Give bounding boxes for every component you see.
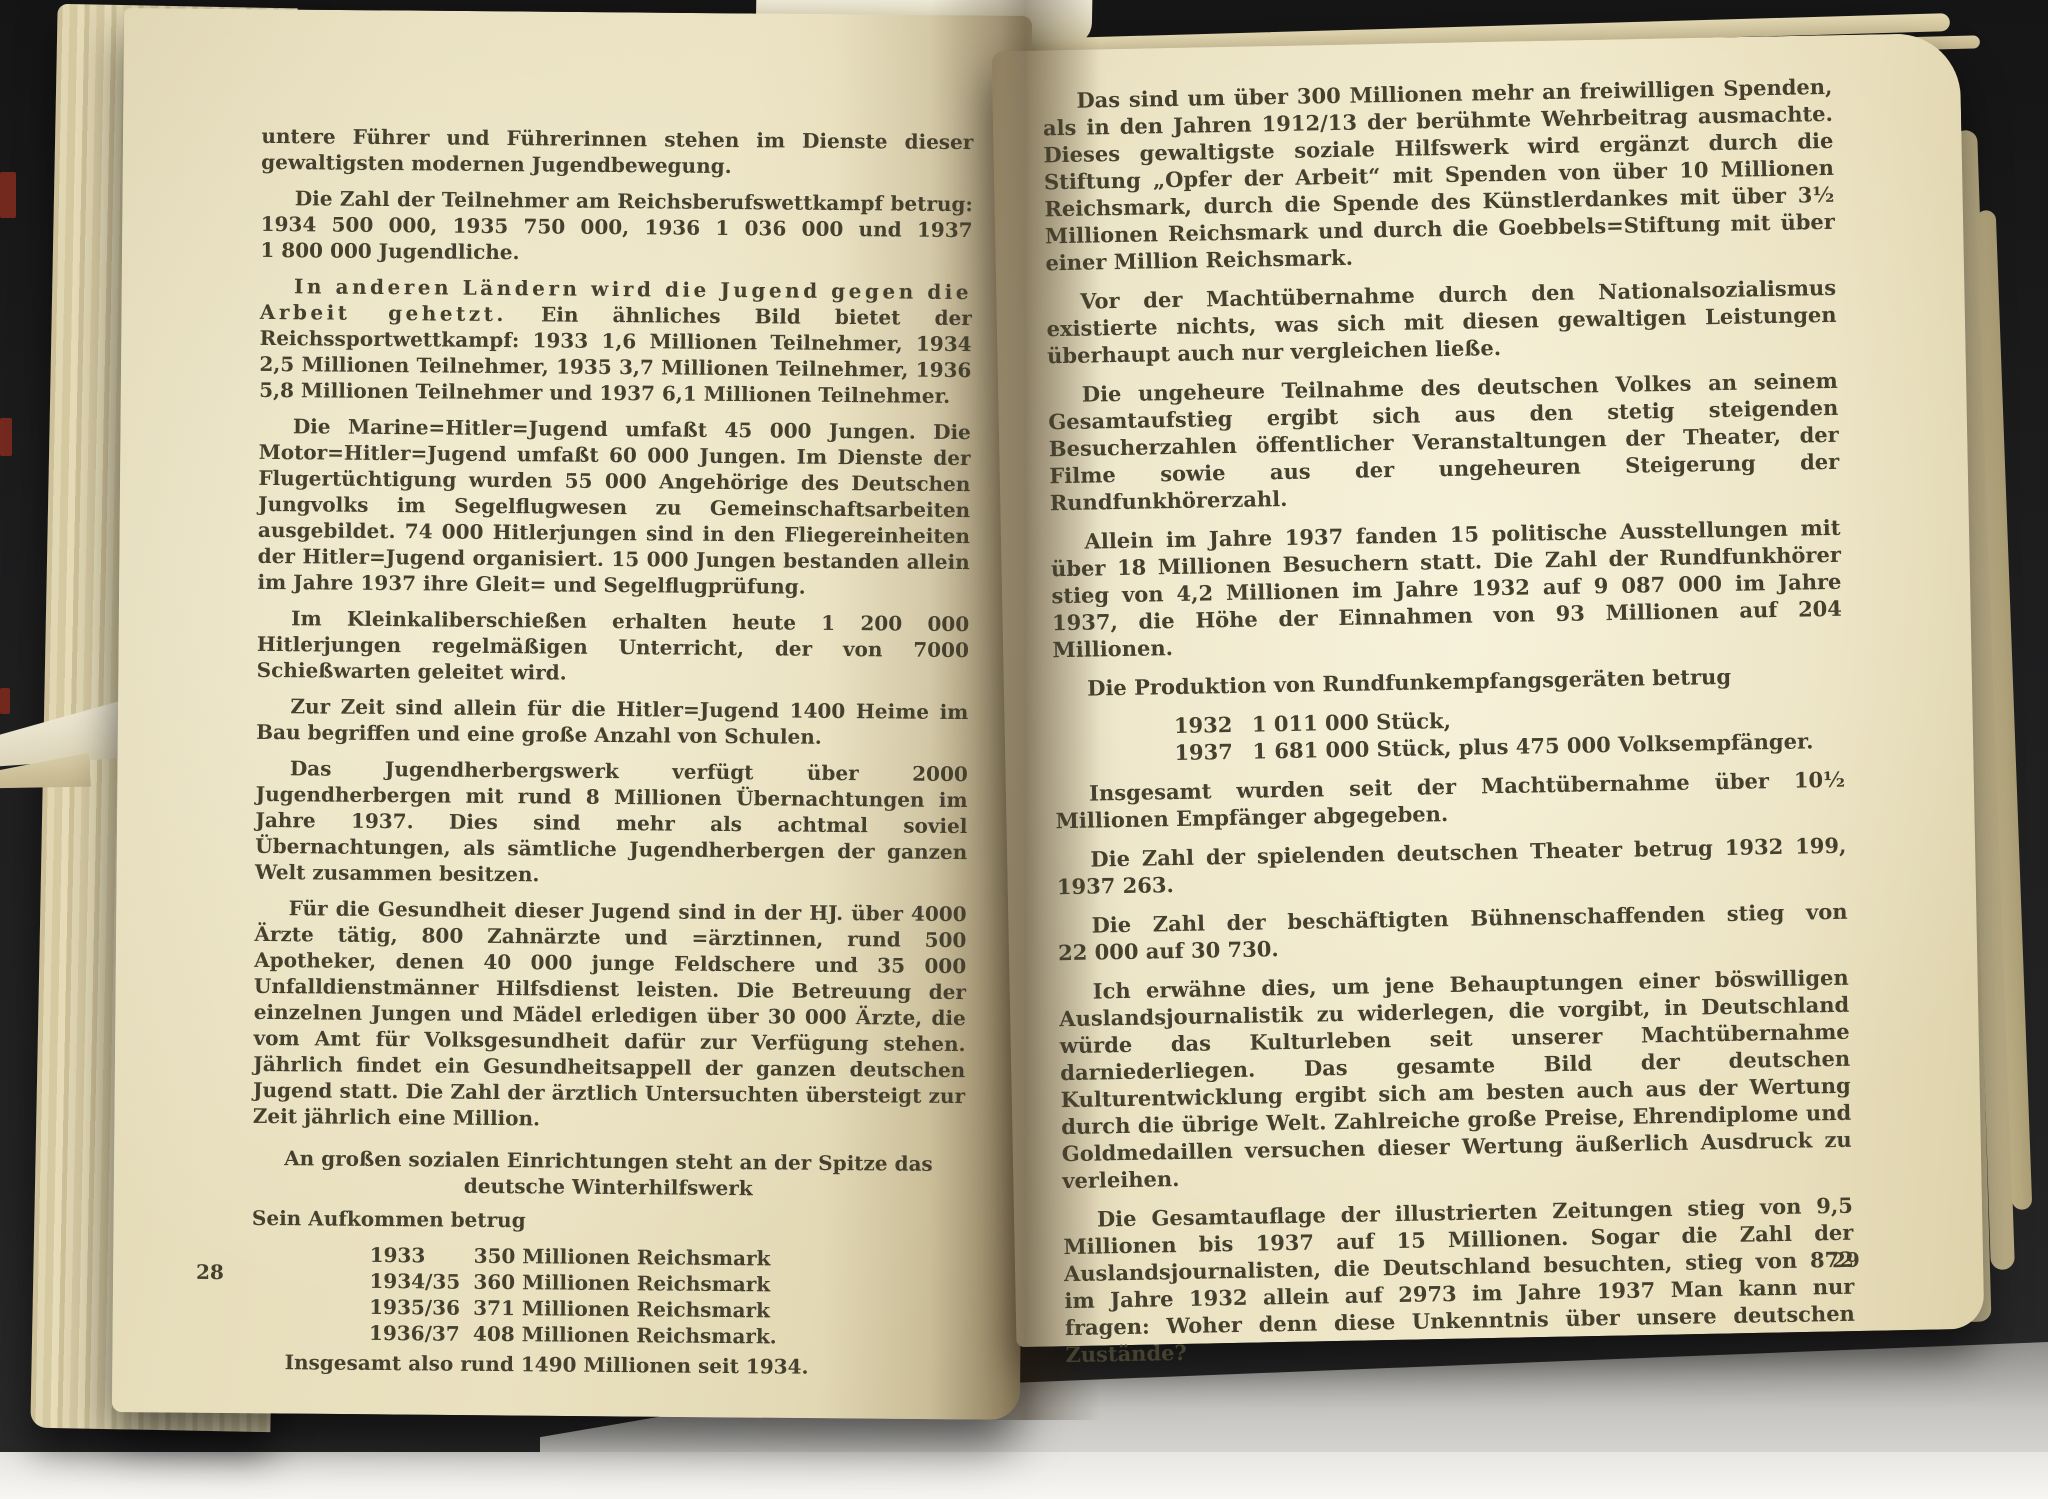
paragraph: Zur Zeit sind allein für die Hitler=Juge… xyxy=(256,693,968,751)
production-table: 1932 1 011 000 Stück, 1937 1 681 000 Stü… xyxy=(1174,700,1845,766)
table-row: 1936/37 408 Millionen Reichsmark. xyxy=(369,1320,963,1351)
page-number-left: 28 xyxy=(196,1260,224,1284)
red-edge-mark xyxy=(0,418,12,456)
red-edge-mark xyxy=(0,172,16,218)
table-year-cell: 1935/36 xyxy=(369,1294,473,1321)
page-number-right: 29 xyxy=(1832,1248,1860,1273)
production-intro: Die Produktion von Rundfunkempfangsgerät… xyxy=(1053,661,1843,702)
paragraph: Das Jugendherbergswerk verfügt über 2000… xyxy=(255,755,968,891)
table-amount-cell: 1 011 000 Stück, xyxy=(1252,707,1451,738)
paragraph: Ich erwähne dies, um jene Behauptungen e… xyxy=(1059,964,1853,1194)
paragraph: Die Marine=Hitler=Jugend umfaßt 45 000 J… xyxy=(257,413,971,601)
paragraph: Die ungeheure Teilnahme des deutschen Vo… xyxy=(1048,367,1840,516)
table-amount-cell: 408 Millionen Reichsmark. xyxy=(473,1321,963,1351)
book-photo: untere Führer und Führerinnen stehen im … xyxy=(0,0,2048,1499)
paragraph: Insgesamt wurden seit der Machtübernahme… xyxy=(1055,766,1846,834)
left-page-text: untere Führer und Führerinnen stehen im … xyxy=(251,123,974,1391)
table-year-cell: 1937 xyxy=(1174,738,1252,766)
table-year-cell: 1936/37 xyxy=(369,1320,473,1347)
paragraph: Vor der Machtübernahme durch den Nationa… xyxy=(1046,274,1837,369)
paragraph: untere Führer und Führerinnen stehen im … xyxy=(261,123,973,181)
paragraph: Für die Gesundheit dieser Jugend sind in… xyxy=(253,895,967,1135)
red-edge-mark xyxy=(0,688,10,714)
paragraph: In anderen Ländern wird die Jugend gegen… xyxy=(259,273,972,409)
paragraph: Die Gesamtauflage der illustrierten Zeit… xyxy=(1063,1192,1856,1368)
aufkommen-intro: Sein Aufkommen betrug xyxy=(252,1205,964,1237)
paragraph: Die Zahl der Teilnehmer am Reichsberufsw… xyxy=(260,185,973,269)
paragraph: Allein im Jahre 1937 fanden 15 politisch… xyxy=(1050,514,1842,663)
table-year-cell: 1932 xyxy=(1174,711,1252,739)
winterhilfswerk-heading: An großen sozialen Einrichtungen steht a… xyxy=(252,1145,964,1203)
paragraph: Die Zahl der beschäftigten Bühnenschaffe… xyxy=(1057,898,1848,966)
table-year-cell: 1933 xyxy=(370,1242,474,1269)
table-year-cell: 1934/35 xyxy=(369,1268,473,1295)
paragraph: Im Kleinkaliberschießen erhalten heute 1… xyxy=(257,605,970,689)
paragraph: Die Zahl der spielenden deutschen Theate… xyxy=(1056,832,1847,900)
total-line: Insgesamt also rund 1490 Millionen seit … xyxy=(251,1349,963,1381)
tabletop-edge xyxy=(0,1452,2048,1499)
winterhilfswerk-table: 1933 350 Millionen Reichsmark 1934/35 36… xyxy=(369,1242,964,1351)
right-page-text: Das sind um über 300 Millionen mehr an f… xyxy=(1042,73,1856,1380)
paragraph: Das sind um über 300 Millionen mehr an f… xyxy=(1042,73,1835,276)
